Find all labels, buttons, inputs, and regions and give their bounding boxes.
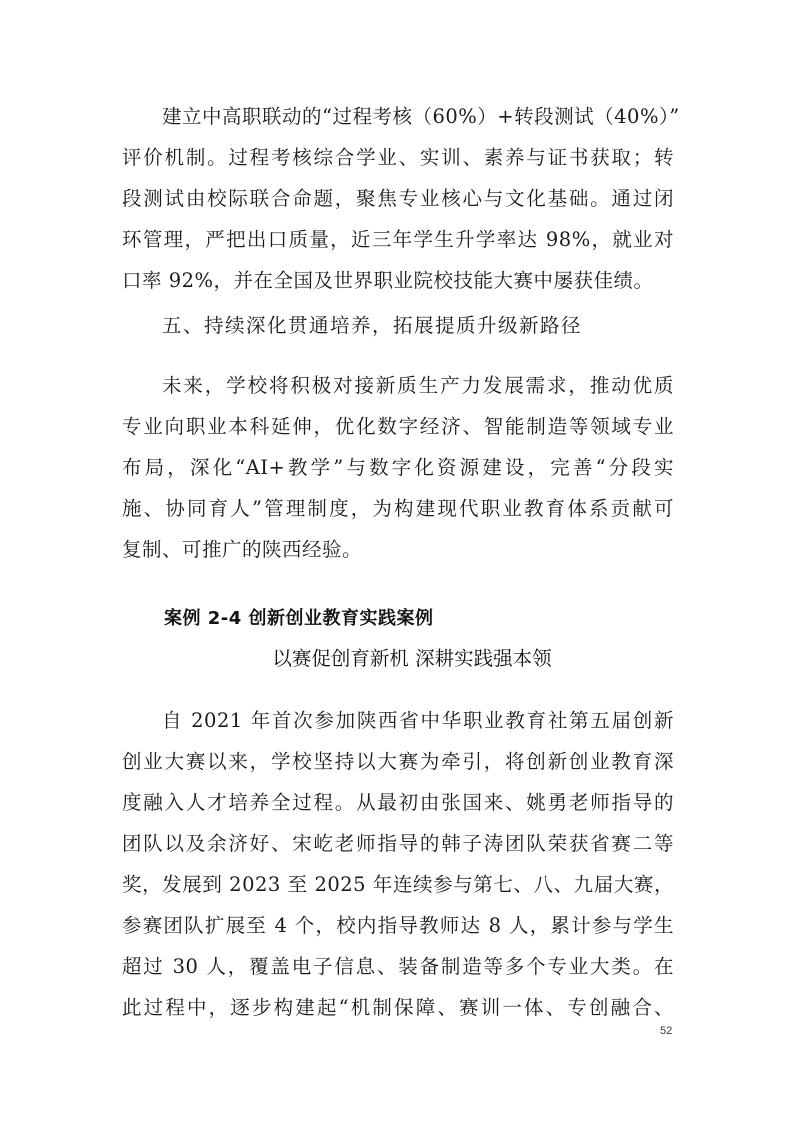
section-heading: 五、持续深化贯通培养，拓展提质升级新路径 xyxy=(162,313,582,339)
document-page: 建立中高职联动的“过程考核（60%）+转段测试（40%）” 评价机制。过程考核综… xyxy=(0,0,794,1123)
paragraph-line: 超过 30 人，覆盖电子信息、装备制造等多个专业大类。在 xyxy=(122,954,674,980)
paragraph-line: 环管理，严把出口质量，近三年学生升学率达 98%，就业对 xyxy=(122,227,674,253)
case-title: 案例 2-4 创新创业教育实践案例 xyxy=(164,606,434,632)
paragraph-line: 自 2021 年首次参加陕西省中华职业教育社第五届创新 xyxy=(162,708,674,734)
paragraph-line: 奖，发展到 2023 至 2025 年连续参与第七、八、九届大赛， xyxy=(122,872,674,898)
paragraph-line: 专业向职业本科延伸，优化数字经济、智能制造等领域专业 xyxy=(122,414,674,440)
paragraph-line: 参赛团队扩展至 4 个，校内指导教师达 8 人，累计参与学生 xyxy=(122,913,674,939)
paragraph-line: 段测试由校际联合命题，聚焦专业核心与文化基础。通过闭 xyxy=(122,186,674,212)
paragraph-line: 评价机制。过程考核综合学业、实训、素养与证书获取；转 xyxy=(122,145,674,171)
paragraph-line: 施、协同育人”管理制度，为构建现代职业教育体系贡献可 xyxy=(122,496,674,522)
page-number: 52 xyxy=(660,1025,672,1037)
paragraph-line: 度融入人才培养全过程。从最初由张国来、姚勇老师指导的 xyxy=(122,790,674,816)
paragraph-line: 创业大赛以来，学校坚持以大赛为牵引，将创新创业教育深 xyxy=(122,749,674,775)
paragraph-line: 建立中高职联动的“过程考核（60%）+转段测试（40%）” xyxy=(162,104,674,130)
paragraph-line: 布局，深化“AI+教学”与数字化资源建设，完善“分段实 xyxy=(122,455,674,481)
paragraph-line: 此过程中，逐步构建起“机制保障、赛训一体、专创融合、 xyxy=(122,995,674,1021)
paragraph-line: 未来，学校将积极对接新质生产力发展需求，推动优质 xyxy=(162,373,674,399)
case-subtitle: 以赛促创育新机 深耕实践强本领 xyxy=(0,645,794,673)
paragraph-line: 复制、可推广的陕西经验。 xyxy=(122,537,674,563)
paragraph-line: 团队以及余济好、宋屹老师指导的韩子涛团队荣获省赛二等 xyxy=(122,831,674,857)
paragraph-line: 口率 92%，并在全国及世界职业院校技能大赛中屡获佳绩。 xyxy=(122,268,674,294)
